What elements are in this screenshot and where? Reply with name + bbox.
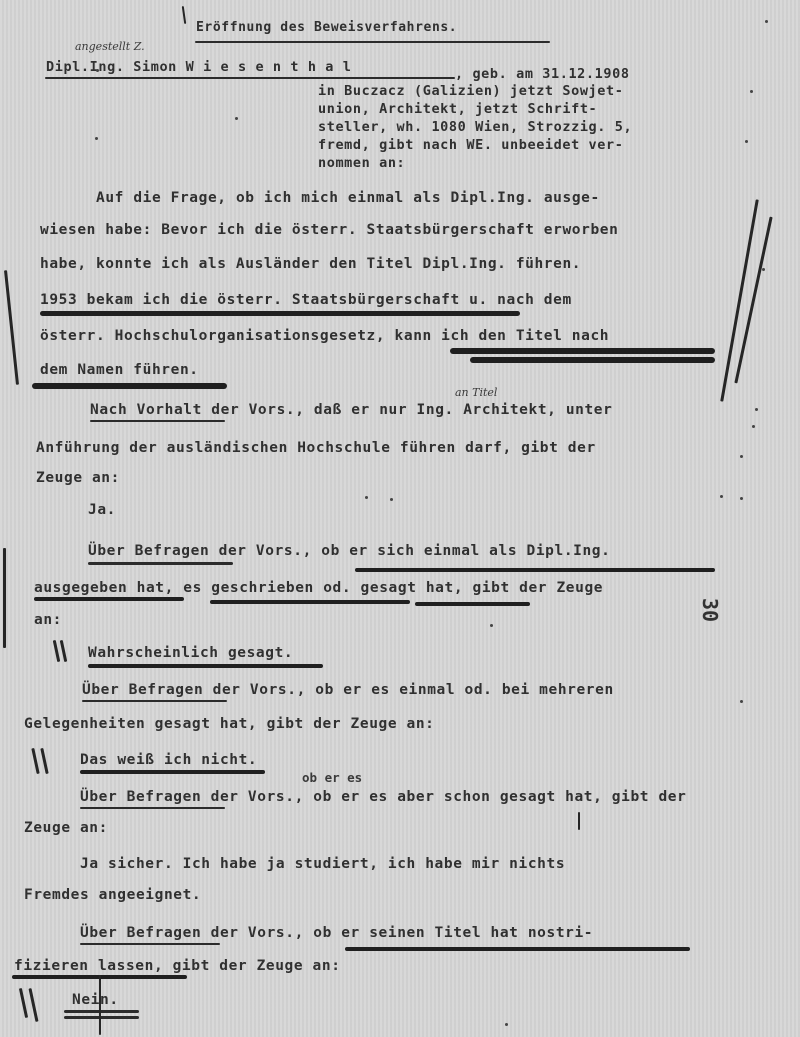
emphasis-underline [450,348,715,354]
answer-line: Ja. [88,502,116,518]
speck [96,69,99,72]
witness-detail: in Buczacz (Galizien) jetzt Sowjet- [318,83,623,99]
emphasis-underline [415,602,530,606]
emphasis-underline [470,357,715,363]
bracket-mark [182,6,186,24]
emphasis-underline [355,568,715,572]
answer-marker [40,748,48,774]
text-line: dem Namen führen. [40,362,199,378]
margin-bar-left [4,270,19,385]
speck [740,497,743,500]
emphasis-underline [210,600,410,604]
text-line: Anführung der ausländischen Hochschule f… [36,440,596,456]
answer-line: Fremdes angeeignet. [24,887,201,903]
page-number: 30 [698,598,722,622]
speck [365,496,368,499]
emphasis-underline [34,597,184,601]
answer-line: Ja sicher. Ich habe ja studiert, ich hab… [80,856,565,872]
speck [765,20,768,23]
text-line: habe, konnte ich als Ausländer den Titel… [40,256,581,272]
witness-detail: union, Architekt, jetzt Schrift- [318,101,597,117]
pen-mark [578,812,580,830]
speck [720,495,723,498]
underline [90,420,225,422]
answer-marker [28,988,38,1022]
text-line: 1953 bekam ich die österr. Staatsbürgers… [40,292,572,308]
speck [752,425,755,428]
text-line: Nach Vorhalt der Vors., daß er nur Ing. … [90,402,612,418]
underline [64,1010,139,1013]
speck [95,137,98,140]
speck [740,455,743,458]
emphasis-underline [32,383,227,389]
underline [64,1016,139,1019]
emphasis-underline [88,664,323,668]
answer-line: Das weiß ich nicht. [80,752,257,768]
emphasis-underline [40,311,520,316]
text-line: Gelegenheiten gesagt hat, gibt der Zeuge… [24,716,435,732]
speck [490,624,493,627]
underline [80,807,225,809]
scanned-page: Eröffnung des Beweisverfahrens. angestel… [0,0,800,1037]
witness-name: Dipl.Ing. Simon W i e s e n t h a l [46,59,351,75]
answer-marker [19,988,28,1018]
witness-name-underline [45,77,455,79]
speck [745,140,748,143]
speck [740,700,743,703]
answer-marker [31,748,39,774]
interlinear-insert: ob er es [302,770,362,785]
pen-mark [99,975,101,1035]
witness-detail: nommen an: [318,155,405,171]
text-line: Zeuge an: [24,820,108,836]
text-line: ausgegeben hat, es geschrieben od. gesag… [34,580,603,596]
speck [762,268,765,271]
underline [82,700,227,702]
emphasis-underline [80,770,265,774]
speck [755,408,758,411]
text-line: Über Befragen der Vors., ob er es einmal… [82,682,614,698]
section-heading: Eröffnung des Beweisverfahrens. [196,20,457,35]
text-line: österr. Hochschulorganisationsgesetz, ka… [40,328,609,344]
text-line: an: [34,612,62,628]
heading-underline [195,41,550,43]
text-line: wiesen habe: Bevor ich die österr. Staat… [40,222,618,238]
text-line: Über Befragen der Vors., ob er sich einm… [88,543,610,559]
text-line: fizieren lassen, gibt der Zeuge an: [14,958,341,974]
emphasis-underline [345,947,690,951]
speck [750,90,753,93]
interlinear-insert: an Titel [455,386,497,399]
witness-detail: fremd, gibt nach WE. unbeeidet ver- [318,137,623,153]
handwritten-note: angestellt Z. [75,40,145,53]
text-line: Über Befragen der Vors., ob er seinen Ti… [80,925,593,941]
text-line: Zeuge an: [36,470,120,486]
witness-detail: , geb. am 31.12.1908 [455,66,630,82]
answer-marker [60,640,68,662]
speck [505,1023,508,1026]
underline [88,562,233,565]
witness-detail: steller, wh. 1080 Wien, Strozzig. 5, [318,119,632,135]
answer-line: Wahrscheinlich gesagt. [88,645,293,661]
speck [390,498,393,501]
underline [80,943,220,945]
text-line: Über Befragen der Vors., ob er es aber s… [80,789,686,805]
answer-marker [53,640,61,662]
margin-bar-left [3,548,6,648]
answer-line: Nein. [72,992,119,1008]
text-line: Auf die Frage, ob ich mich einmal als Di… [96,190,600,206]
speck [235,117,238,120]
